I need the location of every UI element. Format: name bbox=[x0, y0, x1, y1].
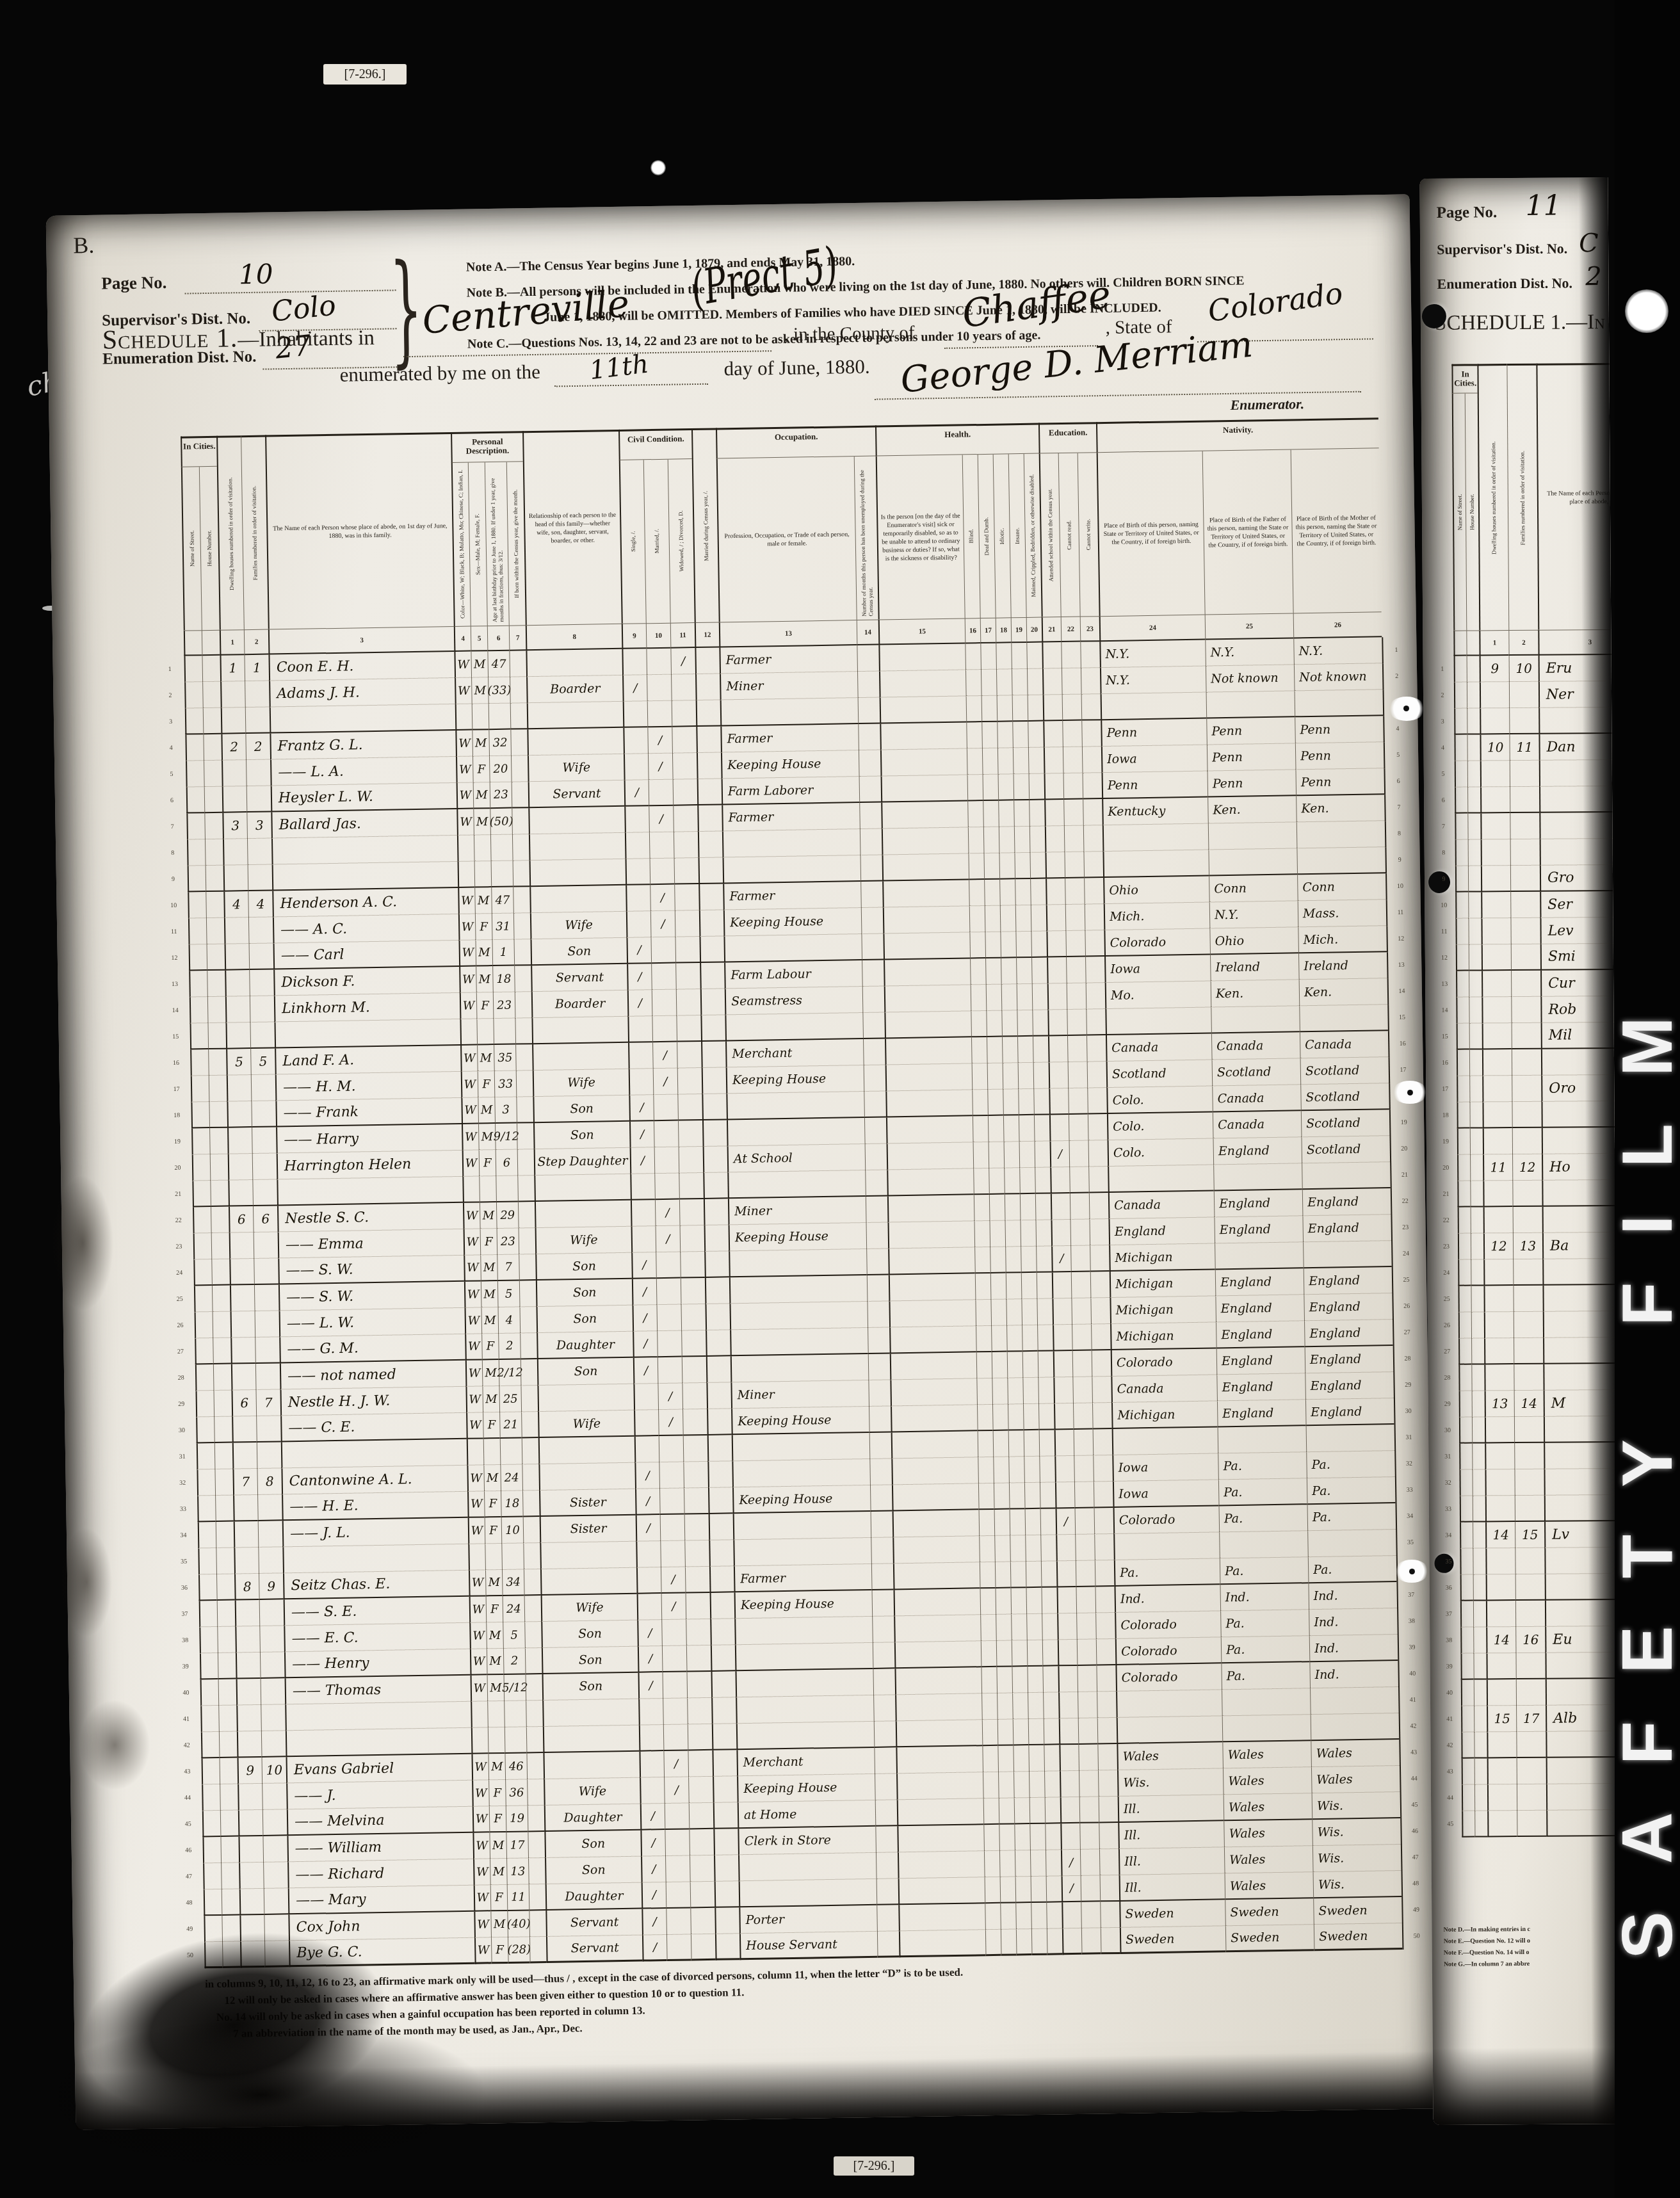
cell-df bbox=[996, 1667, 1012, 1693]
col-number-sick: 15 bbox=[878, 618, 965, 645]
cell-w bbox=[682, 1357, 707, 1384]
cell-rd bbox=[1081, 1902, 1101, 1928]
cell-wr bbox=[1082, 747, 1102, 773]
col-number-id: 18 bbox=[996, 617, 1012, 643]
cell-pb: Penn bbox=[1102, 772, 1208, 800]
cell-mcy bbox=[702, 1067, 727, 1094]
row-number-left: 35 bbox=[169, 1548, 198, 1575]
cell-mo bbox=[513, 913, 531, 939]
cell-name: —— L. W. bbox=[279, 1308, 465, 1337]
cell-fam: 11 bbox=[1509, 734, 1539, 761]
cell-mcy bbox=[714, 1855, 739, 1882]
cell-mo bbox=[524, 1569, 541, 1596]
row-number-right: 48 bbox=[1401, 1870, 1430, 1897]
cell-pb: Ind. bbox=[1114, 1585, 1220, 1613]
col-header-x: Sex—Male, M; Female, F. bbox=[468, 462, 487, 626]
row-number-left: 41 bbox=[1438, 1706, 1461, 1733]
cell-mcy bbox=[702, 1094, 727, 1120]
cell-mb: Wales bbox=[1311, 1766, 1400, 1793]
cell-occ: Miner bbox=[720, 672, 858, 700]
cell-un bbox=[865, 1143, 887, 1170]
cell-ins bbox=[1014, 774, 1030, 800]
cell-un bbox=[868, 1327, 890, 1354]
cell-dw bbox=[1482, 1023, 1512, 1049]
cell-fam bbox=[246, 760, 271, 787]
col-header-name: The Name of each Person whose place of a… bbox=[265, 432, 454, 629]
cell-ins bbox=[1021, 1273, 1037, 1299]
cell-age bbox=[500, 1438, 522, 1465]
col-header-pb: Place of Birth of this person, naming St… bbox=[1097, 451, 1205, 617]
cell-bl bbox=[974, 1195, 990, 1221]
cell-dw: 3 bbox=[222, 812, 247, 839]
cell-house bbox=[211, 1259, 230, 1286]
col-header-wr: Cannot write. bbox=[1078, 453, 1099, 616]
cell-s: / bbox=[640, 1830, 665, 1857]
cell-mm bbox=[1043, 1692, 1059, 1718]
cell-street bbox=[1454, 735, 1467, 761]
cell-age: (33) bbox=[488, 677, 510, 704]
cell-bl bbox=[973, 1142, 989, 1168]
cell-dw: 4 bbox=[223, 891, 248, 918]
cell-rel: Wife bbox=[541, 1594, 638, 1622]
cell-mb: Ind. bbox=[1309, 1661, 1398, 1688]
row-number-left: 22 bbox=[164, 1208, 193, 1234]
cell-dw bbox=[1482, 1102, 1512, 1128]
cell-name: Cox John bbox=[288, 1912, 474, 1941]
cell-df bbox=[990, 1300, 1006, 1326]
cell-fb: England bbox=[1217, 1400, 1306, 1427]
row-number-left: 14 bbox=[161, 998, 190, 1024]
col-header-mb: Place of Birth of the Mother of this per… bbox=[1291, 448, 1382, 613]
cell-fam: 4 bbox=[248, 891, 273, 917]
cell-sch bbox=[1051, 1193, 1070, 1220]
cell-street bbox=[200, 1679, 219, 1706]
cell-street bbox=[190, 1049, 209, 1076]
cell-mcy bbox=[699, 910, 724, 937]
cell-un bbox=[869, 1406, 891, 1433]
col-number-mcy: 12 bbox=[695, 622, 720, 648]
cell-w bbox=[684, 1488, 709, 1515]
cell-ins bbox=[1026, 1562, 1042, 1588]
cell-id bbox=[1003, 1063, 1019, 1089]
place-value: Centreville bbox=[421, 281, 631, 342]
cell-fam bbox=[262, 1783, 287, 1810]
cell-fam bbox=[260, 1652, 285, 1679]
cell-occ: Farmer bbox=[720, 724, 859, 752]
cell-w bbox=[672, 700, 697, 727]
cell-sch bbox=[1056, 1535, 1076, 1561]
cell-pb: Colorado bbox=[1115, 1611, 1221, 1639]
cell-mm bbox=[1039, 1430, 1055, 1456]
cell-fam: 8 bbox=[257, 1468, 282, 1495]
cell-mm bbox=[1035, 1167, 1051, 1193]
col-number-house bbox=[202, 630, 220, 656]
col-header-label-mcy: Married during Census year, /. bbox=[702, 489, 709, 564]
cell-mm bbox=[1035, 1193, 1051, 1220]
cell-un bbox=[868, 1380, 891, 1407]
cell-street bbox=[1457, 1076, 1469, 1103]
cell-sick bbox=[878, 643, 965, 671]
cell-house bbox=[1469, 1102, 1482, 1128]
cell-fam bbox=[252, 1127, 277, 1154]
cell-s bbox=[630, 1174, 655, 1200]
cell-house bbox=[1474, 1679, 1487, 1706]
col-header-label-occ: Profession, Occupation, or Trade of each… bbox=[719, 529, 855, 550]
cell-w bbox=[684, 1514, 709, 1541]
col-header-label-bl: Blind. bbox=[968, 527, 975, 546]
cell-house bbox=[1470, 1128, 1483, 1154]
cell-street bbox=[1458, 1234, 1471, 1260]
cell-df bbox=[990, 1247, 1006, 1273]
cell-w bbox=[688, 1724, 713, 1751]
cell-x: M bbox=[476, 940, 493, 966]
cell-un bbox=[859, 777, 882, 804]
cell-name: —— S. E. bbox=[284, 1597, 470, 1626]
cell-fam bbox=[1514, 1364, 1543, 1391]
cell-mo bbox=[517, 1149, 535, 1176]
row-number-right: 22 bbox=[1391, 1188, 1419, 1215]
col-number-house bbox=[1466, 630, 1479, 656]
row-number-right: 40 bbox=[1398, 1660, 1426, 1687]
cell-mo bbox=[528, 1806, 545, 1832]
cell-dw bbox=[1485, 1548, 1515, 1574]
cell-rel: Servant bbox=[528, 780, 625, 808]
cell-un bbox=[872, 1590, 894, 1617]
col-number-fb: 25 bbox=[1205, 613, 1294, 640]
cell-s bbox=[631, 1200, 656, 1227]
cell-sick bbox=[898, 1877, 985, 1905]
row-number-right: 25 bbox=[1392, 1266, 1420, 1293]
cell-wr bbox=[1090, 1298, 1110, 1324]
cell-fam: 9 bbox=[259, 1573, 284, 1600]
cell-wr bbox=[1081, 668, 1101, 694]
row-number-left: 3 bbox=[1431, 709, 1454, 735]
cell-mcy bbox=[697, 752, 722, 779]
cell-c: W bbox=[458, 888, 475, 914]
cell-fam bbox=[1515, 1601, 1545, 1627]
cell-un bbox=[876, 1905, 899, 1932]
cell-name: —— C. E. bbox=[280, 1413, 467, 1442]
cell-w bbox=[675, 963, 700, 990]
cell-bl bbox=[979, 1510, 995, 1536]
cell-age: 25 bbox=[499, 1386, 521, 1412]
cell-age bbox=[491, 861, 513, 888]
cell-mcy bbox=[706, 1382, 731, 1409]
cell-m: / bbox=[647, 727, 672, 754]
film-edge-bullet bbox=[1625, 289, 1668, 333]
cell-rel: Wife bbox=[538, 1410, 634, 1438]
cell-w bbox=[686, 1619, 711, 1646]
cell-sch: / bbox=[1050, 1141, 1070, 1167]
cell-id bbox=[998, 774, 1014, 800]
cell-age bbox=[489, 704, 511, 731]
cell-occ: Keeping House bbox=[726, 1065, 864, 1094]
cell-occ: Keeping House bbox=[723, 908, 862, 936]
cell-ins bbox=[1023, 1404, 1039, 1430]
cell-street bbox=[196, 1391, 214, 1417]
cell-id bbox=[1008, 1404, 1024, 1430]
cell-id bbox=[997, 695, 1013, 722]
cell-ins bbox=[1024, 1457, 1040, 1483]
cell-name bbox=[271, 836, 458, 865]
cell-dw bbox=[1482, 997, 1511, 1023]
cell-m bbox=[666, 1908, 691, 1935]
cell-id bbox=[1006, 1325, 1022, 1352]
row-number-left: 44 bbox=[1439, 1785, 1462, 1811]
cell-ins bbox=[1015, 932, 1031, 958]
cell-mcy bbox=[710, 1619, 735, 1645]
cell-house bbox=[214, 1417, 232, 1443]
col-header-label-id: Idiotic. bbox=[999, 525, 1006, 547]
cell-house bbox=[216, 1548, 234, 1574]
fragment-note: Note G.—In column 7 an abbre bbox=[1444, 1960, 1530, 1968]
cell-mcy bbox=[703, 1146, 728, 1173]
cell-fam bbox=[1511, 997, 1540, 1023]
cell-mo bbox=[525, 1648, 542, 1674]
cell-dw: 5 bbox=[226, 1049, 251, 1076]
cell-mb: Pa. bbox=[1307, 1503, 1396, 1531]
cell-rd bbox=[1069, 1115, 1088, 1141]
cell-mcy bbox=[709, 1540, 734, 1567]
cell-sch bbox=[1043, 695, 1063, 721]
cell-fam bbox=[1515, 1574, 1545, 1601]
cell-age bbox=[496, 1176, 518, 1203]
cell-dw bbox=[227, 1101, 252, 1128]
cell-pb: Michigan bbox=[1110, 1296, 1216, 1324]
cell-w bbox=[672, 753, 697, 780]
row-number-left: 16 bbox=[1434, 1050, 1457, 1076]
cell-fam bbox=[1517, 1784, 1546, 1811]
cell-wr bbox=[1087, 1062, 1107, 1088]
cell-fb: Ireland bbox=[1210, 953, 1299, 981]
cell-sick bbox=[898, 1851, 985, 1879]
cell-rel bbox=[529, 859, 626, 887]
cell-w bbox=[676, 1015, 701, 1042]
row-number-left: 25 bbox=[1435, 1286, 1458, 1313]
cell-sch bbox=[1060, 1823, 1080, 1850]
cell-pb bbox=[1102, 824, 1209, 852]
cell-pb: Colorado bbox=[1115, 1663, 1222, 1692]
cell-mo bbox=[521, 1412, 538, 1438]
cell-pb bbox=[1101, 693, 1207, 721]
row-number-left: 40 bbox=[172, 1679, 201, 1706]
col-number-m: 10 bbox=[646, 623, 671, 649]
cell-df bbox=[987, 1037, 1003, 1063]
cell-mb: Mass. bbox=[1298, 900, 1387, 927]
cell-wr bbox=[1092, 1403, 1112, 1429]
cell-street bbox=[199, 1627, 218, 1653]
cell-w bbox=[678, 1120, 703, 1147]
cell-w bbox=[681, 1278, 706, 1305]
cell-id bbox=[999, 853, 1015, 879]
cell-mo bbox=[511, 756, 528, 782]
row-number-left: 21 bbox=[163, 1181, 193, 1208]
cell-rd bbox=[1072, 1377, 1092, 1403]
cell-age bbox=[505, 1727, 527, 1754]
cell-occ: at Home bbox=[738, 1800, 876, 1829]
cell-x: F bbox=[475, 914, 492, 940]
cell-occ: Clerk in Store bbox=[738, 1827, 876, 1855]
cell-s: / bbox=[629, 1095, 654, 1122]
cell-wr bbox=[1081, 694, 1101, 720]
cell-age: 6 bbox=[496, 1150, 518, 1177]
cell-house bbox=[211, 1207, 229, 1233]
cell-s: / bbox=[627, 964, 652, 990]
cell-x bbox=[474, 861, 492, 887]
cell-c: W bbox=[472, 1780, 489, 1806]
cell-street bbox=[1455, 788, 1467, 814]
cell-un bbox=[860, 829, 882, 856]
cell-sch bbox=[1058, 1640, 1078, 1666]
cell-occ bbox=[731, 1354, 869, 1382]
cell-house bbox=[206, 866, 224, 892]
cell-un bbox=[872, 1616, 894, 1643]
cell-mcy bbox=[707, 1409, 732, 1435]
cell-pb: Wis. bbox=[1117, 1768, 1224, 1797]
row-number-left: 50 bbox=[175, 1942, 205, 1969]
cell-house bbox=[1471, 1338, 1484, 1364]
cell-house bbox=[219, 1732, 238, 1758]
cell-mcy bbox=[697, 779, 722, 805]
cell-df bbox=[981, 670, 997, 696]
cell-x: M bbox=[471, 651, 488, 677]
cell-rel: Sister bbox=[540, 1515, 636, 1543]
cell-x bbox=[487, 1701, 505, 1727]
cell-name: Frantz G. L. bbox=[270, 731, 456, 760]
cell-mb: England bbox=[1304, 1293, 1393, 1321]
cell-m bbox=[652, 990, 677, 1017]
cell-mo bbox=[512, 834, 529, 861]
cell-bl bbox=[982, 1720, 998, 1746]
cell-fb: England bbox=[1215, 1295, 1304, 1322]
form-code-top-text: [7-296.] bbox=[344, 67, 386, 82]
cell-rel: Wife bbox=[535, 1227, 632, 1254]
cell-street bbox=[1460, 1654, 1473, 1680]
cell-s: / bbox=[638, 1672, 663, 1699]
cell-dw bbox=[229, 1259, 254, 1286]
cell-w bbox=[677, 1068, 702, 1095]
cell-w bbox=[676, 989, 701, 1016]
cell-mm bbox=[1040, 1508, 1056, 1535]
cell-fam bbox=[250, 996, 275, 1022]
row-number-right: 34 bbox=[1395, 1503, 1423, 1530]
col-number-mo: 7 bbox=[509, 625, 526, 651]
col-header-label-house: House Number. bbox=[206, 528, 214, 569]
row-number-left: 4 bbox=[156, 735, 186, 762]
cell-mcy bbox=[712, 1724, 737, 1750]
cell-rel bbox=[529, 885, 626, 913]
cell-name bbox=[270, 704, 456, 734]
col-number-name: 3 bbox=[268, 626, 455, 655]
cell-ins bbox=[1028, 1693, 1044, 1719]
cell-rel bbox=[540, 1568, 637, 1596]
cell-x: F bbox=[490, 1885, 508, 1911]
cell-mcy bbox=[701, 1041, 726, 1068]
cell-fb: England bbox=[1214, 1190, 1303, 1217]
cell-dw bbox=[233, 1495, 258, 1522]
cell-mm bbox=[1037, 1298, 1053, 1325]
cell-rd bbox=[1067, 983, 1086, 1010]
cell-rel: Servant bbox=[546, 1935, 643, 1963]
cell-rel bbox=[543, 1725, 640, 1753]
cell-street bbox=[196, 1417, 214, 1443]
cell-fam: 13 bbox=[1513, 1233, 1542, 1259]
cell-house bbox=[215, 1496, 234, 1522]
cell-bl bbox=[985, 1930, 1001, 1956]
cell-rel bbox=[527, 702, 624, 729]
cell-wr bbox=[1097, 1718, 1117, 1744]
cell-sick bbox=[879, 670, 966, 697]
cell-id bbox=[1004, 1142, 1020, 1168]
fragment-enum-value: 2 bbox=[1585, 262, 1602, 291]
cell-rel: Son bbox=[536, 1279, 633, 1307]
row-number-left: 24 bbox=[165, 1259, 194, 1286]
row-number-right: 47 bbox=[1401, 1844, 1429, 1871]
cell-house bbox=[1468, 892, 1481, 918]
cell-x bbox=[476, 1019, 494, 1045]
cell-x: M bbox=[486, 1622, 503, 1649]
cell-house bbox=[203, 708, 222, 734]
cell-s: / bbox=[642, 1882, 666, 1909]
cell-house bbox=[1471, 1286, 1483, 1312]
cell-fam bbox=[248, 917, 273, 944]
cell-ins bbox=[1028, 1719, 1044, 1745]
cell-rel: Boarder bbox=[531, 990, 628, 1018]
cell-m bbox=[662, 1645, 687, 1672]
cell-x: F bbox=[489, 1780, 506, 1806]
cell-name: Nestle S. C. bbox=[277, 1203, 464, 1232]
cell-dw bbox=[222, 760, 246, 787]
cell-df bbox=[981, 696, 997, 722]
cell-id bbox=[1005, 1220, 1021, 1247]
cell-house bbox=[207, 971, 225, 997]
bottom-fade bbox=[1433, 2047, 1622, 2125]
cell-c: W bbox=[463, 1202, 480, 1229]
cell-mb: Ken. bbox=[1296, 795, 1385, 822]
cell-bl bbox=[980, 1615, 996, 1641]
cell-fam bbox=[1514, 1312, 1543, 1338]
cell-x: M bbox=[487, 1649, 504, 1675]
cell-sch bbox=[1059, 1718, 1079, 1745]
cell-fam bbox=[1509, 708, 1539, 734]
cell-w bbox=[679, 1173, 704, 1200]
cell-dw bbox=[225, 1022, 250, 1049]
cell-fam: 7 bbox=[255, 1389, 280, 1416]
col-header-m: Married, /. bbox=[643, 460, 670, 624]
cell-mcy bbox=[698, 831, 723, 858]
cell-house bbox=[1470, 1154, 1483, 1181]
cell-sch: / bbox=[1061, 1850, 1081, 1876]
row-number-left: 13 bbox=[1433, 971, 1456, 998]
cell-w bbox=[675, 937, 700, 964]
cell-mb bbox=[1299, 1005, 1388, 1032]
cell-wr bbox=[1095, 1587, 1115, 1613]
cell-age: 32 bbox=[489, 730, 511, 757]
cell-m bbox=[660, 1540, 685, 1567]
row-number-left: 9 bbox=[159, 866, 188, 893]
cell-dw bbox=[1485, 1496, 1515, 1522]
cell-m: / bbox=[653, 1069, 678, 1095]
col-number-w: 11 bbox=[670, 622, 695, 649]
schedule-title-rest: —Inhabitants in bbox=[238, 327, 375, 352]
cell-s bbox=[636, 1541, 661, 1568]
cell-age: 2 bbox=[503, 1648, 526, 1675]
cell-sick bbox=[885, 1090, 973, 1117]
cell-dw bbox=[1482, 971, 1511, 997]
cell-age: 18 bbox=[492, 966, 515, 993]
cell-fb: Wales bbox=[1224, 1846, 1313, 1873]
cell-wr bbox=[1088, 1167, 1108, 1193]
